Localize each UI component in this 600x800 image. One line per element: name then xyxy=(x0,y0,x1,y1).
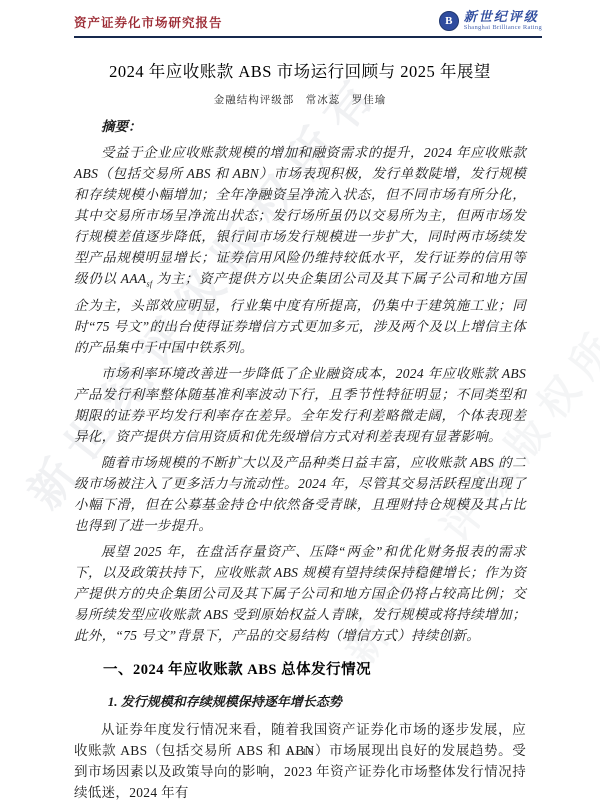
byline-authors: 金融结构评级部 常冰蕊 罗佳瑜 xyxy=(40,92,560,107)
brand-logo: B 新世纪评级 Shanghai Brilliance Rating xyxy=(439,10,542,31)
brand-name-en: Shanghai Brilliance Rating xyxy=(464,24,542,31)
abstract-paragraph: 随着市场规模的不断扩大以及产品种类日益丰富，应收账款 ABS 的二级市场被注入了… xyxy=(74,452,526,536)
abstract-paragraph: 受益于企业应收账款规模的增加和融资需求的提升，2024 年应收账款 ABS（包括… xyxy=(74,142,526,358)
section-heading-1: 一、2024 年应收账款 ABS 总体发行情况 xyxy=(74,658,526,682)
section-body: 从证券年度发行情况来看，随着我国资产证券化市场的逐步发展，应收账款 ABS（包括… xyxy=(74,719,526,800)
brand-name-cn: 新世纪评级 xyxy=(464,10,542,24)
abstract-paragraph: 市场利率环境改善进一步降低了企业融资成本，2024 年应收账款 ABS 产品发行… xyxy=(74,363,526,447)
page-number: 1 / 16 xyxy=(0,748,600,758)
body-paragraph: 从证券年度发行情况来看，随着我国资产证券化市场的逐步发展，应收账款 ABS（包括… xyxy=(74,719,526,800)
abstract-paragraph: 展望 2025 年，在盘活存量资产、压降“两金”和优化财务报表的需求下，以及政策… xyxy=(74,541,526,646)
abstract-section: 受益于企业应收账款规模的增加和融资需求的提升，2024 年应收账款 ABS（包括… xyxy=(74,142,526,646)
report-page: 新世纪评级版权所有 新世纪评级版权所有 资产证券化市场研究报告 B 新世纪评级 … xyxy=(0,0,600,800)
brand-logo-icon: B xyxy=(439,11,459,31)
subsection-heading-1-1: 1. 发行规模和存续规模保持逐年增长态势 xyxy=(74,691,526,713)
series-title: 资产证券化市场研究报告 xyxy=(74,13,223,31)
document-title: 2024 年应收账款 ABS 市场运行回顾与 2025 年展望 xyxy=(40,58,560,82)
page-header: 资产证券化市场研究报告 B 新世纪评级 Shanghai Brilliance … xyxy=(74,10,542,38)
abstract-label: 摘要： xyxy=(74,116,526,137)
brand-name-block: 新世纪评级 Shanghai Brilliance Rating xyxy=(464,10,542,31)
document-body: 摘要： 受益于企业应收账款规模的增加和融资需求的提升，2024 年应收账款 AB… xyxy=(74,116,526,800)
